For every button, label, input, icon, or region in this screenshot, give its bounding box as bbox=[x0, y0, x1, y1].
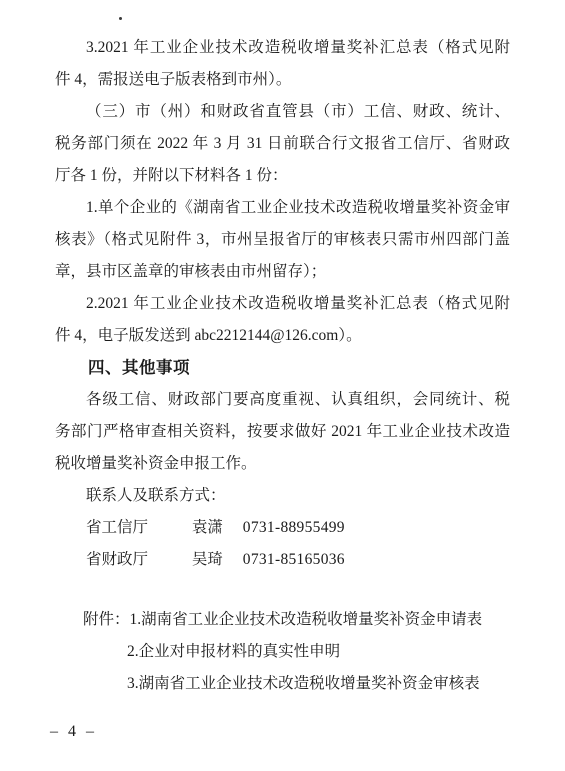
paragraph-line: 务部门严格审查相关资料，按要求做好 2021 年工业企业技术改造 bbox=[55, 416, 510, 448]
section-heading: 四、其他事项 bbox=[55, 352, 510, 384]
contact-row: 省工信厅 袁潇 0731-88955499 bbox=[55, 512, 510, 544]
paragraph-line: 税收增量奖补资金申报工作。 bbox=[55, 448, 510, 480]
paragraph-line: 件 4，需报送电子版表格到市州）。 bbox=[55, 64, 510, 96]
contact-person: 袁潇 bbox=[192, 512, 223, 544]
attachment-item: 3.湖南省工业企业技术改造税收增量奖补资金审核表 bbox=[55, 668, 510, 700]
paragraph-line: 各级工信、财政部门要高度重视、认真组织，会同统计、税 bbox=[55, 384, 510, 416]
document-body: 3.2021 年工业企业技术改造税收增量奖补汇总表（格式见附 件 4，需报送电子… bbox=[0, 0, 565, 700]
contact-row: 省财政厅 吴琦 0731-85165036 bbox=[55, 544, 510, 576]
scan-speck bbox=[240, 643, 242, 645]
paragraph-line: 件 4，电子版发送到 abc2212144@126.com）。 bbox=[55, 320, 510, 352]
paragraph-line: （三）市（州）和财政省直管县（市）工信、财政、统计、 bbox=[55, 96, 510, 128]
attachments-label: 附件： bbox=[83, 611, 130, 628]
attachments-list: 附件：1.湖南省工业企业技术改造税收增量奖补资金申请表 2.企业对申报材料的真实… bbox=[55, 604, 510, 700]
paragraph-line: 核表》（格式见附件 3，市州呈报省厅的审核表只需市州四部门盖 bbox=[55, 224, 510, 256]
scan-speck bbox=[119, 17, 122, 20]
paragraph-line: 章，县市区盖章的审核表由市州留存）； bbox=[55, 256, 510, 288]
contact-person: 吴琦 bbox=[192, 544, 223, 576]
attachment-item: 附件：1.湖南省工业企业技术改造税收增量奖补资金申请表 bbox=[55, 604, 510, 636]
page-number: – 4 – bbox=[50, 723, 97, 741]
paragraph-line: 税务部门须在 2022 年 3 月 31 日前联合行文报省工信厅、省财政 bbox=[55, 128, 510, 160]
paragraph-line: 2.2021 年工业企业技术改造税收增量奖补汇总表（格式见附 bbox=[55, 288, 510, 320]
paragraph-line: 厅各 1 份，并附以下材料各 1 份： bbox=[55, 160, 510, 192]
contact-department: 省财政厅 bbox=[86, 544, 148, 576]
contact-phone: 0731-85165036 bbox=[243, 544, 345, 576]
contact-department: 省工信厅 bbox=[86, 512, 148, 544]
attachment-title: 1.湖南省工业企业技术改造税收增量奖补资金申请表 bbox=[130, 611, 483, 628]
contact-intro-line: 联系人及联系方式： bbox=[55, 480, 510, 512]
document-page: 3.2021 年工业企业技术改造税收增量奖补汇总表（格式见附 件 4，需报送电子… bbox=[0, 0, 565, 771]
contact-phone: 0731-88955499 bbox=[243, 512, 345, 544]
paragraph-line: 3.2021 年工业企业技术改造税收增量奖补汇总表（格式见附 bbox=[55, 32, 510, 64]
paragraph-line: 1.单个企业的《湖南省工业企业技术改造税收增量奖补资金审 bbox=[55, 192, 510, 224]
attachment-item: 2.企业对申报材料的真实性申明 bbox=[55, 636, 510, 668]
